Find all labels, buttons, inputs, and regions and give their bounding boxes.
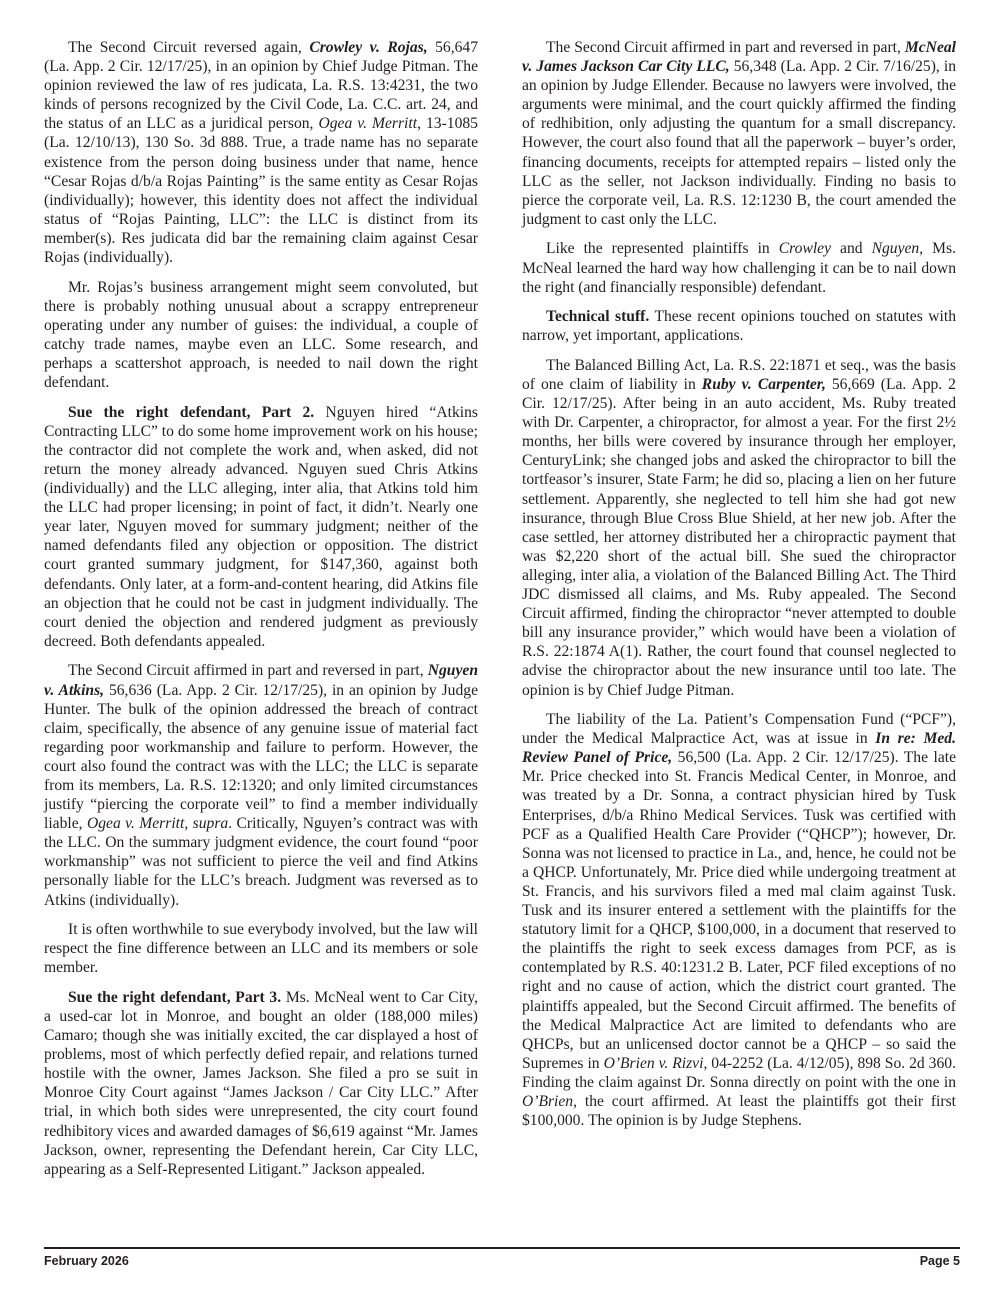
paragraph-part-2: Sue the right defendant, Part 2. Nguyen … bbox=[44, 403, 478, 651]
newsletter-page: The Second Circuit reversed again, Crowl… bbox=[0, 0, 1000, 1294]
right-column: The Second Circuit affirmed in part and … bbox=[522, 38, 956, 1130]
citation-crowley: Crowley bbox=[779, 240, 831, 257]
paragraph-technical-stuff: Technical stuff. These recent opinions t… bbox=[522, 307, 956, 345]
citation-nguyen: Nguyen bbox=[872, 240, 920, 257]
section-heading-part-3: Sue the right defendant, Part 3. bbox=[68, 989, 281, 1006]
footer-page-number: Page 5 bbox=[920, 1254, 960, 1268]
left-column: The Second Circuit reversed again, Crowl… bbox=[44, 38, 478, 1179]
section-heading-technical-stuff: Technical stuff. bbox=[546, 308, 649, 325]
paragraph-crowley-v-rojas: The Second Circuit reversed again, Crowl… bbox=[44, 38, 478, 267]
paragraph-ruby-v-carpenter: The Balanced Billing Act, La. R.S. 22:18… bbox=[522, 356, 956, 700]
citation-ogea-v-merritt: Ogea v. Merritt bbox=[87, 815, 184, 832]
case-name-crowley-v-rojas: Crowley v. Rojas, bbox=[309, 39, 427, 56]
citation-obrien-v-rizvi: O’Brien v. Rizvi bbox=[604, 1055, 704, 1072]
citation-supra: supra bbox=[193, 815, 229, 832]
citation-ogea-v-merritt: Ogea v. Merritt bbox=[318, 115, 417, 132]
case-name-ruby-v-carpenter: Ruby v. Carpenter, bbox=[702, 376, 826, 393]
paragraph-rojas-commentary: Mr. Rojas’s business arrangement might s… bbox=[44, 278, 478, 393]
paragraph-med-review-panel-price: The liability of the La. Patient’s Compe… bbox=[522, 710, 956, 1130]
section-heading-part-2: Sue the right defendant, Part 2. bbox=[68, 404, 314, 421]
paragraph-part-3: Sue the right defendant, Part 3. Ms. McN… bbox=[44, 988, 478, 1179]
paragraph-sue-everybody: It is often worthwhile to sue everybody … bbox=[44, 920, 478, 977]
paragraph-nguyen-v-atkins: The Second Circuit affirmed in part and … bbox=[44, 661, 478, 909]
footer-date: February 2026 bbox=[44, 1254, 129, 1268]
paragraph-mcneal-v-jackson: The Second Circuit affirmed in part and … bbox=[522, 38, 956, 229]
paragraph-mcneal-commentary: Like the represented plaintiffs in Crowl… bbox=[522, 239, 956, 296]
footer-divider bbox=[44, 1247, 960, 1249]
citation-obrien: O’Brien bbox=[522, 1093, 573, 1110]
